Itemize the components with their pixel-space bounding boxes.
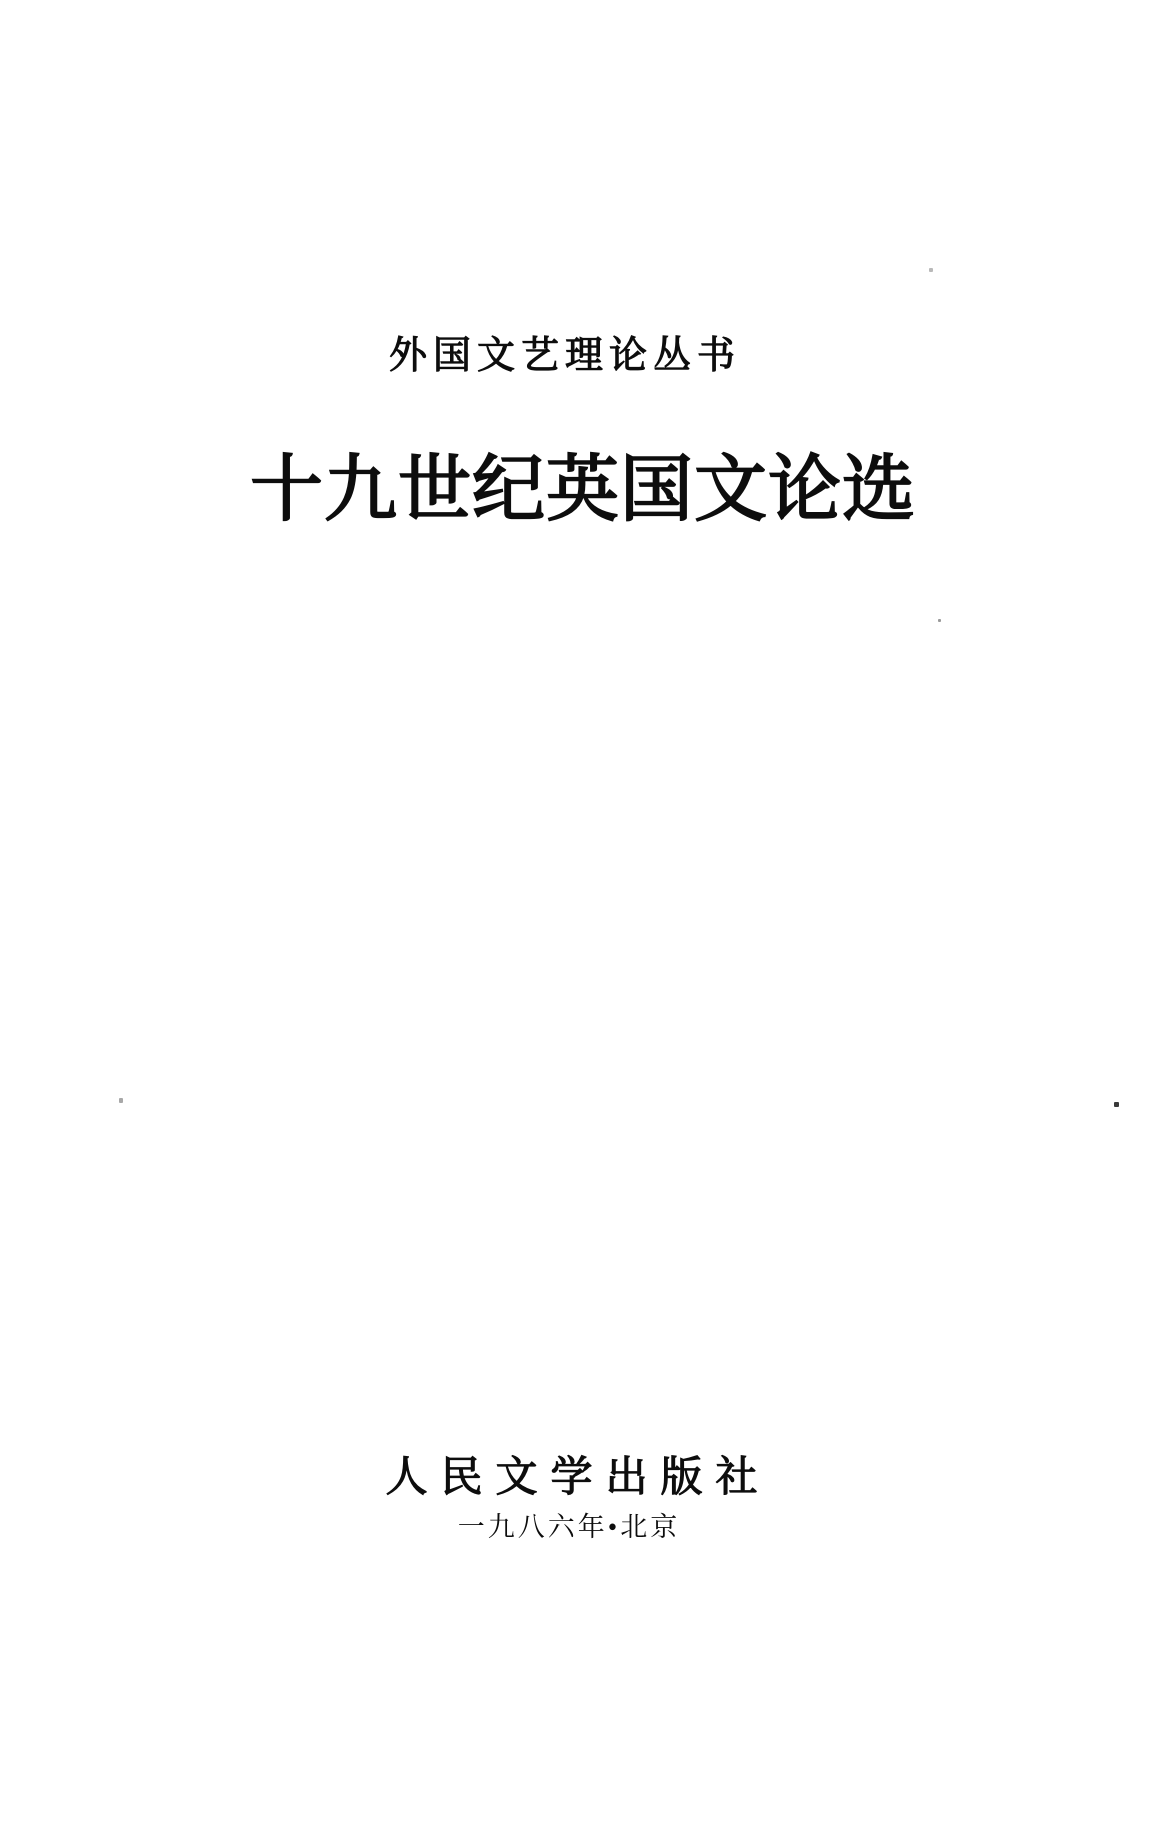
scan-speck-artifact <box>1114 1102 1119 1107</box>
publisher-name: 人民文学出版社 <box>0 1455 1156 1501</box>
scan-speck-artifact <box>119 1098 123 1103</box>
scan-speck-artifact <box>929 268 933 272</box>
scan-speck-artifact <box>938 619 941 622</box>
book-title: 十九世纪英国文论选 <box>0 450 1166 530</box>
scanned-book-title-page: 外国文艺理论丛书 十九世纪英国文论选 人民文学出版社 一九八六年•北京 <box>0 0 1166 1826</box>
edition-year-city: 一九八六年•北京 <box>0 1512 1138 1543</box>
series-title: 外国文艺理论丛书 <box>0 336 1130 378</box>
